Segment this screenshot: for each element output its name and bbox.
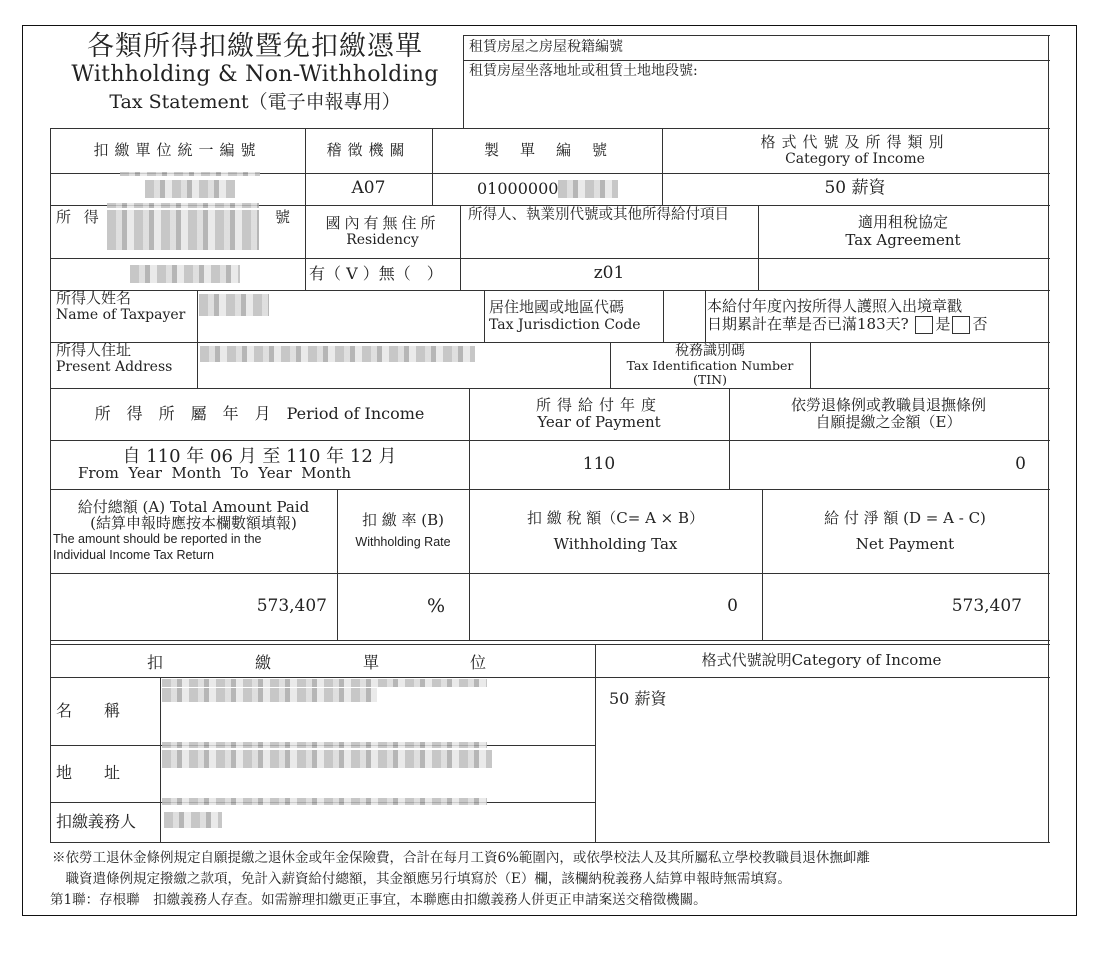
title-zh: 各類所得扣繳暨免扣繳憑單 — [65, 32, 445, 62]
voluntary-contribution-label: 依勞退條例或教職員退撫條例 自願提繳之金額（E） — [729, 388, 1048, 440]
withholder-id-value-redacted — [145, 180, 235, 198]
taxpayer-name-label-en: Name of Taxpayer — [56, 307, 185, 323]
total-label-line1: 給付總額 (A) Total Amount Paid — [78, 499, 309, 515]
category-desc-label: 格式代號說明Category of Income — [595, 644, 1048, 677]
rate-label-zh: 扣 繳 率 (B) — [362, 509, 444, 531]
withholder-name-redacted — [162, 688, 377, 702]
voluntary-label-line2: 自願提繳之金額（E） — [816, 414, 962, 431]
withholding-agent-redacted — [164, 812, 222, 828]
year-of-payment-value: 110 — [469, 440, 729, 489]
subtitle: Tax Statement（電子申報專用） — [65, 88, 445, 116]
address-label-zh: 所得人住址 — [56, 342, 131, 359]
taxpayer-id-label-redacted — [107, 210, 259, 250]
days-183-line1: 本給付年度內按所得人護照入出境章戳 — [707, 298, 962, 315]
tax-office-label: 稽徵機關 — [305, 128, 432, 173]
occupation-label: 所得人、執業別代號或其他所得給付項目 — [462, 207, 758, 257]
voluntary-label-line1: 依勞退條例或教職員退撫條例 — [791, 397, 986, 414]
redaction-bar — [162, 742, 487, 748]
withholding-agent-label: 扣繳義務人 — [50, 802, 160, 842]
total-amount-label: 給付總額 (A) Total Amount Paid (結算申報時應按本欄數額填… — [50, 489, 337, 573]
address-label: 所得人住址 Present Address — [50, 342, 197, 388]
withholder-header-char-1: 扣 — [147, 650, 163, 673]
serial-number-redacted — [558, 180, 618, 198]
yes-label: 是 — [935, 315, 950, 333]
title-en: Withholding & Non-Withholding — [65, 62, 445, 88]
category-label-zh: 格式代號及所得類別 — [760, 134, 949, 151]
occupation-value: z01 — [460, 258, 758, 290]
rate-label-en: Withholding Rate — [355, 531, 450, 553]
withholder-section-header: 扣 繳 單 位 — [50, 644, 595, 677]
jurisdiction-label-zh: 居住地國或地區代碼 — [489, 299, 624, 316]
residency-label: 國內有無住所 Residency — [305, 205, 460, 258]
withholder-address-label: 地 址 — [50, 745, 160, 802]
taxpayer-id-value-redacted — [130, 265, 240, 283]
residency-value: 有（ V ）無（ ） — [305, 258, 460, 290]
rental-address-label: 租賃房屋坐落地址或租賃土地地段號: — [463, 63, 1048, 93]
year-of-payment-label-zh: 所得給付年度 — [536, 397, 662, 414]
jurisdiction-label-en: Tax Jurisdiction Code — [489, 317, 641, 333]
withholder-header-char-2: 繳 — [255, 650, 271, 673]
residency-label-zh: 國內有無住所 — [325, 215, 439, 232]
total-label-line4: Individual Income Tax Return — [50, 547, 214, 563]
total-label-line2: (結算申報時應按本欄數額填報) — [90, 515, 297, 531]
withholder-id-label: 扣繳單位統一編號 — [50, 128, 305, 173]
category-label: 格式代號及所得類別 Category of Income — [662, 128, 1048, 173]
tax-agreement-label-en: Tax Agreement — [845, 232, 960, 249]
taxpayer-name-label: 所得人姓名 Name of Taxpayer — [50, 290, 197, 342]
year-of-payment-label-en: Year of Payment — [537, 414, 660, 431]
period-value: 自 110 年 06 月 至 110 年 12 月 From Year Mont… — [50, 440, 469, 489]
category-label-en: Category of Income — [785, 151, 925, 167]
residency-label-en: Residency — [346, 232, 419, 248]
withholder-header-char-3: 單 — [363, 650, 379, 673]
withholder-name-label: 名 稱 — [50, 677, 160, 745]
serial-number-value: 01000000 — [432, 173, 662, 205]
tax-agreement-label-zh: 適用租稅協定 — [858, 214, 948, 231]
yes-checkbox[interactable] — [915, 316, 933, 334]
redaction-bar — [107, 203, 259, 208]
redaction-bar — [120, 172, 260, 176]
redaction-bar — [162, 679, 487, 687]
period-value-zh: 自 110 年 06 月 至 110 年 12 月 — [122, 448, 396, 465]
tin-label: 稅務識別碼 Tax Identification Number (TIN) — [610, 342, 810, 388]
taxpayer-address-redacted — [200, 346, 475, 362]
withholder-address-redacted — [162, 750, 492, 768]
redaction-bar — [162, 798, 487, 805]
taxpayer-name-redacted — [199, 294, 269, 316]
no-label: 否 — [972, 315, 987, 333]
days-183-question: 本給付年度內按所得人護照入出境章戳 日期累計在華是否已滿183天? 是否 — [705, 290, 1048, 342]
withholding-rate-value: % — [337, 573, 469, 640]
tax-agreement-label: 適用租稅協定 Tax Agreement — [758, 205, 1048, 258]
no-checkbox[interactable] — [952, 316, 970, 334]
jurisdiction-label: 居住地國或地區代碼 Tax Jurisdiction Code — [484, 290, 663, 342]
category-value: 50 薪資 — [662, 173, 1048, 205]
withholding-tax-label: 扣 繳 稅 額（C= A × B） Withholding Tax — [469, 489, 762, 573]
note-line-1: ※依勞工退休金條例規定自願提繳之退休金或年金保險費，合計在每月工資6%範圍內，或… — [52, 846, 870, 866]
tax-label-zh: 扣 繳 稅 額（C= A × B） — [527, 505, 704, 531]
taxpayer-name-label-zh: 所得人姓名 — [56, 290, 131, 307]
jurisdiction-value — [663, 290, 705, 342]
year-of-payment-label: 所得給付年度 Year of Payment — [469, 388, 729, 440]
serial-number-label: 製 單 編 號 — [432, 128, 662, 173]
statement-title: 各類所得扣繳暨免扣繳憑單 Withholding & Non-Withholdi… — [65, 32, 445, 116]
total-label-line3: The amount should be reported in the — [50, 531, 261, 547]
tin-label-en: Tax Identification Number (TIN) — [610, 359, 810, 388]
net-label-en: Net Payment — [856, 531, 954, 557]
total-amount-value: 573,407 — [50, 573, 337, 640]
serial-number-visible: 01000000 — [477, 180, 558, 198]
voluntary-contribution-value: 0 — [729, 440, 1048, 489]
net-label-zh: 給 付 淨 額 (D = A - C) — [824, 505, 986, 531]
period-of-income-label: 所 得 所 屬 年 月 Period of Income — [50, 388, 469, 440]
withholder-header-char-4: 位 — [470, 650, 486, 673]
withholding-tax-value: 0 — [469, 573, 762, 640]
note-line-3: 第1聯：存根聯 扣繳義務人存查。如需辦理扣繳更正事宜，本聯應由扣繳義務人併更正申… — [50, 888, 707, 908]
tax-office-value: A07 — [305, 173, 432, 205]
note-line-2: 職資遣條例規定撥繳之款項，免計入薪資給付總額，其金額應另行填寫於（E）欄，該欄納… — [52, 867, 791, 887]
tin-label-zh: 稅務識別碼 — [675, 343, 745, 359]
withholding-rate-label: 扣 繳 率 (B) Withholding Rate — [337, 489, 469, 573]
net-payment-value: 573,407 — [762, 573, 1048, 640]
tax-agreement-value — [758, 258, 1048, 290]
net-payment-label: 給 付 淨 額 (D = A - C) Net Payment — [762, 489, 1048, 573]
rental-tax-id-label: 租賃房屋之房屋稅籍編號 — [463, 35, 1048, 60]
tax-label-en: Withholding Tax — [554, 531, 678, 557]
days-183-line2: 日期累計在華是否已滿183天? 是否 — [707, 316, 988, 334]
category-desc-value: 50 薪資 — [605, 690, 1045, 720]
period-value-en: From Year Month To Year Month — [78, 465, 351, 482]
taxpayer-id-label-right: 號 — [265, 205, 300, 231]
address-label-en: Present Address — [56, 359, 172, 375]
